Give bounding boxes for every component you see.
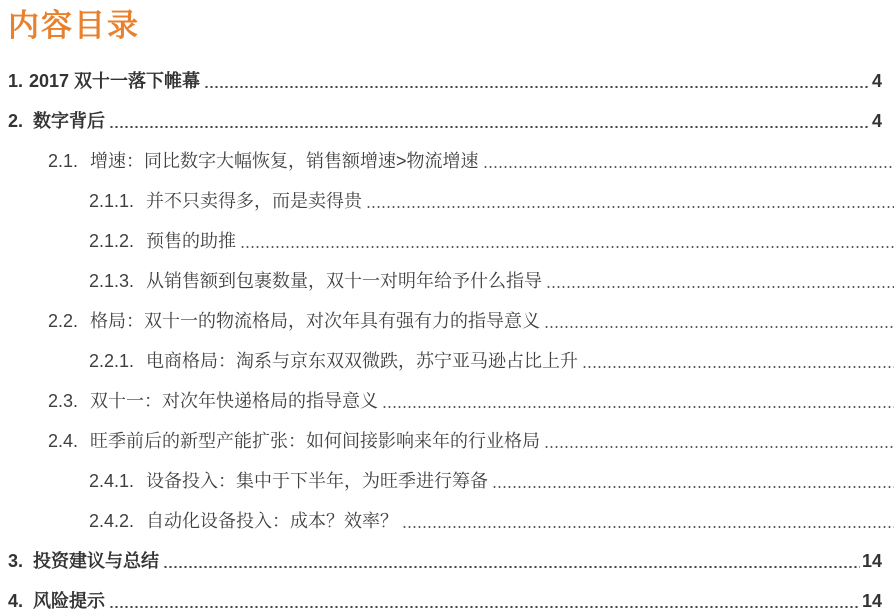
- toc-entry-3[interactable]: 3. 投资建议与总结 14: [0, 539, 882, 573]
- toc-entry-number: 2.3.: [48, 389, 78, 413]
- toc-entry-label: 风险提示: [33, 589, 105, 612]
- toc-entry-label: 投资建议与总结: [33, 549, 159, 573]
- toc-entry-label: 设备投入：集中于下半年，为旺季进行筹备: [146, 469, 488, 493]
- toc-entry-2-1-2[interactable]: 2.1.2. 预售的助推 6: [0, 219, 894, 253]
- toc-entry-2-1-1[interactable]: 2.1.1. 并不只卖得多，而是卖得贵 4: [0, 179, 894, 213]
- toc-entry-label: 从销售额到包裹数量，双十一对明年给予什么指导: [146, 269, 542, 293]
- toc-entry-2-1-3[interactable]: 2.1.3. 从销售额到包裹数量，双十一对明年给予什么指导 7: [0, 259, 894, 293]
- toc-entry-number: 2.1.1.: [89, 189, 134, 213]
- toc-entry-label: 自动化设备投入：成本？效率？: [146, 509, 398, 533]
- dot-leader: [546, 286, 894, 288]
- toc-entry-number: 1.: [8, 69, 23, 93]
- dot-leader: [240, 246, 894, 248]
- toc-entry-2-4-2[interactable]: 2.4.2. 自动化设备投入：成本？效率？ 13: [0, 499, 894, 533]
- toc-entry-label: 双十一：对次年快递格局的指导意义: [90, 389, 378, 413]
- toc-entry-label: 增速：同比数字大幅恢复，销售额增速>物流增速: [90, 149, 479, 173]
- toc-entry-number: 2.: [8, 109, 23, 133]
- toc-entry-2-1[interactable]: 2.1. 增速：同比数字大幅恢复，销售额增速>物流增速 4: [0, 139, 894, 173]
- dot-leader: [204, 86, 870, 88]
- toc-entry-number: 2.2.: [48, 309, 78, 333]
- toc-entry-label: 旺季前后的新型产能扩张：如何间接影响来年的行业格局: [90, 429, 540, 453]
- toc-title: 内容目录: [8, 4, 140, 48]
- toc-entry-number: 4.: [8, 589, 23, 612]
- dot-leader: [109, 126, 870, 128]
- toc-entry-number: 2.4.2.: [89, 509, 134, 533]
- toc-entry-2-4[interactable]: 2.4. 旺季前后的新型产能扩张：如何间接影响来年的行业格局 11: [0, 419, 894, 453]
- toc-entry-label: 数字背后: [33, 109, 105, 133]
- toc-entry-page: 4: [872, 109, 882, 133]
- toc-entry-label: 并不只卖得多，而是卖得贵: [146, 189, 362, 213]
- toc-entry-2-2[interactable]: 2.2. 格局：双十一的物流格局，对次年具有强有力的指导意义 9: [0, 299, 894, 333]
- toc-entry-label: 格局：双十一的物流格局，对次年具有强有力的指导意义: [90, 309, 540, 333]
- toc-entry-page: 4: [872, 69, 882, 93]
- toc-entry-number: 2.1.2.: [89, 229, 134, 253]
- dot-leader: [382, 406, 894, 408]
- toc-entry-number: 2.2.1.: [89, 349, 134, 373]
- toc-entry-1[interactable]: 1. 2017 双十一落下帷幕 4: [0, 59, 882, 93]
- toc-entry-4[interactable]: 4. 风险提示 14: [0, 579, 882, 612]
- toc-entry-number: 2.4.: [48, 429, 78, 453]
- dot-leader: [366, 206, 894, 208]
- toc-entry-page: 14: [862, 549, 882, 573]
- dot-leader: [483, 166, 894, 168]
- toc-entry-label: 2017 双十一落下帷幕: [29, 69, 200, 93]
- dot-leader: [492, 486, 894, 488]
- toc-entry-2-3[interactable]: 2.3. 双十一：对次年快递格局的指导意义 10: [0, 379, 894, 413]
- toc-entry-number: 2.1.3.: [89, 269, 134, 293]
- toc-entry-number: 2.4.1.: [89, 469, 134, 493]
- toc-entry-number: 2.1.: [48, 149, 78, 173]
- dot-leader: [402, 526, 894, 528]
- dot-leader: [544, 446, 894, 448]
- dot-leader: [544, 326, 894, 328]
- toc-entry-label: 预售的助推: [146, 229, 236, 253]
- dot-leader: [163, 566, 860, 568]
- toc-entry-2[interactable]: 2. 数字背后 4: [0, 99, 882, 133]
- toc-entry-label: 电商格局：淘系与京东双双微跌，苏宁亚马逊占比上升: [146, 349, 578, 373]
- toc-entry-number: 3.: [8, 549, 23, 573]
- toc-entry-page: 14: [862, 589, 882, 612]
- toc-entry-2-2-1[interactable]: 2.2.1. 电商格局：淘系与京东双双微跌，苏宁亚马逊占比上升 9: [0, 339, 894, 373]
- toc-entry-2-4-1[interactable]: 2.4.1. 设备投入：集中于下半年，为旺季进行筹备 12: [0, 459, 894, 493]
- dot-leader: [582, 366, 894, 368]
- dot-leader: [109, 606, 860, 608]
